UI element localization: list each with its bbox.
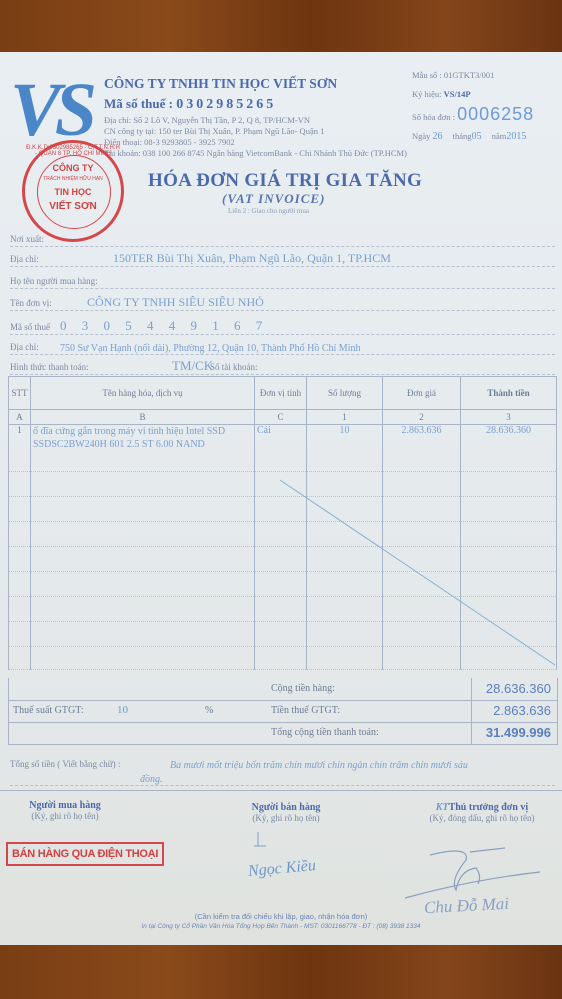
vat-amount-value: 2.863.636 bbox=[471, 700, 557, 722]
table-row: 1 ổ đĩa cứng gắn trong máy vi tính hiệu … bbox=[9, 425, 557, 472]
field-tax-code: Mã số thuế 0 3 0 5 4 4 9 1 6 7 bbox=[10, 316, 555, 335]
table-row-empty bbox=[9, 522, 557, 547]
company-logo: VS bbox=[10, 72, 91, 148]
seller-signature-block: Người bán hàng (Ký, ghi rõ họ tên) bbox=[226, 802, 346, 823]
invoice-number-value: 0006258 bbox=[457, 104, 534, 124]
seller-phone: Điện thoại: 08-3 9293805 - 3925 7902 bbox=[104, 137, 235, 147]
phone-sale-stamp: BÁN HÀNG QUA ĐIỆN THOẠI bbox=[6, 842, 164, 866]
grand-total-row: Tổng cộng tiền thanh toán: 31.499.996 bbox=[8, 722, 558, 745]
vat-row: Thuế suất GTGT: 10 % Tiền thuế GTGT: 2.8… bbox=[8, 700, 558, 723]
item-unit: Cái bbox=[255, 425, 307, 472]
col-header-stt: STT bbox=[9, 377, 31, 410]
table-index-row: A B C 1 2 3 bbox=[9, 410, 557, 425]
table-row-empty bbox=[9, 597, 557, 622]
invoice-copy-note: Liên 2 : Giao cho người mua bbox=[228, 207, 309, 215]
field-address: Địa chỉ: 150TER Bùi Thị Xuân, Phạm Ngũ L… bbox=[10, 248, 555, 267]
wooden-table-background-top bbox=[0, 0, 562, 58]
subtotal-value: 28.636.360 bbox=[471, 678, 557, 700]
head-signature-block: KTThủ trưởng đơn vị (Ký, đóng dấu, ghi r… bbox=[412, 802, 552, 823]
amount-in-words-2: đồng. bbox=[10, 771, 555, 786]
seller-branch: CN công ty tại: 150 ter Bùi Thị Xuân, P.… bbox=[104, 126, 324, 136]
table-row-empty bbox=[9, 547, 557, 572]
items-table: STT Tên hàng hóa, dịch vụ Đơn vị tính Số… bbox=[8, 376, 557, 670]
col-header-name: Tên hàng hóa, dịch vụ bbox=[31, 377, 255, 410]
col-header-unit: Đơn vị tính bbox=[255, 377, 307, 410]
grand-total-value: 31.499.996 bbox=[471, 722, 557, 744]
seller-company-name: CÔNG TY TNHH TIN HỌC VIẾT SƠN bbox=[104, 76, 337, 92]
table-row-empty bbox=[9, 572, 557, 597]
divider bbox=[0, 790, 562, 791]
buyer-unit-address-value: 750 Sư Vạn Hạnh (nối dài), Phường 12, Qu… bbox=[60, 343, 360, 354]
form-template-number: Mẫu số : 01GTKT3/001 bbox=[412, 70, 494, 80]
item-qty: 10 bbox=[307, 425, 383, 472]
form-symbol-value: VS/14P bbox=[444, 89, 471, 99]
date-year: 2015 bbox=[506, 131, 526, 142]
field-payment: Hình thức thanh toán: TM/CK Số tài khoản… bbox=[10, 356, 555, 375]
invoice-subtitle: (VAT INVOICE) bbox=[222, 191, 325, 207]
col-header-amount: Thành tiền bbox=[461, 377, 557, 410]
amount-in-words-line2: đồng. bbox=[140, 774, 163, 785]
table-header-row: STT Tên hàng hóa, dịch vụ Đơn vị tính Số… bbox=[9, 377, 557, 410]
field-unit-name: Tên đơn vị: CÔNG TY TNHH SIÊU SIÊU NHỎ bbox=[10, 292, 555, 311]
field-buyer-name: Họ tên người mua hàng: bbox=[10, 270, 555, 289]
form-symbol: Ký hiệu: VS/14P bbox=[412, 89, 471, 99]
buyer-signature-block: Người mua hàng (Ký, ghi rõ họ tên) bbox=[10, 800, 120, 821]
amount-in-words: Tổng số tiền ( Viết bằng chữ) : Ba mươi … bbox=[10, 755, 555, 771]
item-name: ổ đĩa cứng gắn trong máy vi tính hiệu In… bbox=[31, 425, 255, 472]
company-seal-stamp: Đ.K.K.D:0302985265 - C.T.T.N.H.H - QUẬN … bbox=[22, 140, 124, 242]
seller-tax-code-value: 0302985265 bbox=[176, 97, 276, 112]
buyer-address-value: 150TER Bùi Thị Xuân, Phạm Ngũ Lão, Quận … bbox=[113, 251, 391, 266]
footer-check-note: (Cần kiểm tra đối chiếu khi lập, giao, n… bbox=[0, 912, 562, 921]
table-row-empty bbox=[9, 497, 557, 522]
seal-line-3: TIN HỌC bbox=[25, 187, 121, 197]
footer-printer: In tại Công ty Cổ Phần Văn Hóa Tổng Hợp … bbox=[0, 923, 562, 930]
buyer-tax-code-value: 0 3 0 5 4 4 9 1 6 7 bbox=[60, 318, 268, 334]
col-header-price: Đơn giá bbox=[383, 377, 461, 410]
item-price: 2.863.636 bbox=[383, 425, 461, 472]
invoice-number: Số hóa đơn : 0006258 bbox=[412, 104, 534, 125]
col-header-qty: Số lượng bbox=[307, 377, 383, 410]
buyer-unit-name-value: CÔNG TY TNHH SIÊU SIÊU NHỎ bbox=[87, 295, 264, 310]
date-month: 05 bbox=[472, 131, 482, 142]
wooden-table-background-bottom bbox=[0, 945, 562, 999]
seller-bank-account: Tài khoản: 038 100 266 8745 Ngân hàng Vi… bbox=[104, 148, 407, 158]
subtotal-row: Cộng tiền hàng: 28.636.360 bbox=[8, 678, 558, 701]
seller-address: Địa chỉ: Số 2 Lô V, Nguyễn Thị Tần, P 2,… bbox=[104, 115, 310, 125]
item-amount: 28.636.360 bbox=[461, 425, 557, 472]
vat-rate-value: 10 bbox=[117, 704, 128, 716]
table-row-empty bbox=[9, 647, 557, 670]
table-row-empty bbox=[9, 472, 557, 497]
seal-line-4: VIẾT SƠN bbox=[25, 201, 121, 212]
table-row-empty bbox=[9, 622, 557, 647]
seal-line-1: CÔNG TY bbox=[25, 163, 121, 173]
date-day: 26 bbox=[433, 131, 443, 142]
field-issue-place: Nơi xuất: bbox=[10, 228, 555, 247]
seal-ring-text: Đ.K.K.D:0302985265 - C.T.T.N.H.H - QUẬN … bbox=[25, 145, 121, 157]
invoice-date: Ngày 26 tháng05 năm2015 bbox=[412, 131, 526, 142]
payment-method-value: TM/CK bbox=[172, 358, 213, 374]
seller-tax-code: Mã số thuế : 0302985265 bbox=[104, 96, 276, 113]
seller-tax-code-label: Mã số thuế : bbox=[104, 96, 173, 111]
invoice-title: HÓA ĐƠN GIÁ TRỊ GIA TĂNG bbox=[148, 170, 422, 192]
seal-line-2: TRÁCH NHIỆM HỮU HẠN bbox=[25, 176, 121, 182]
field-unit-address: Địa chỉ: 750 Sư Vạn Hạnh (nối dài), Phườ… bbox=[10, 336, 555, 355]
amount-in-words-line1: Ba mươi mốt triệu bốn trăm chín mươi chí… bbox=[170, 760, 468, 771]
